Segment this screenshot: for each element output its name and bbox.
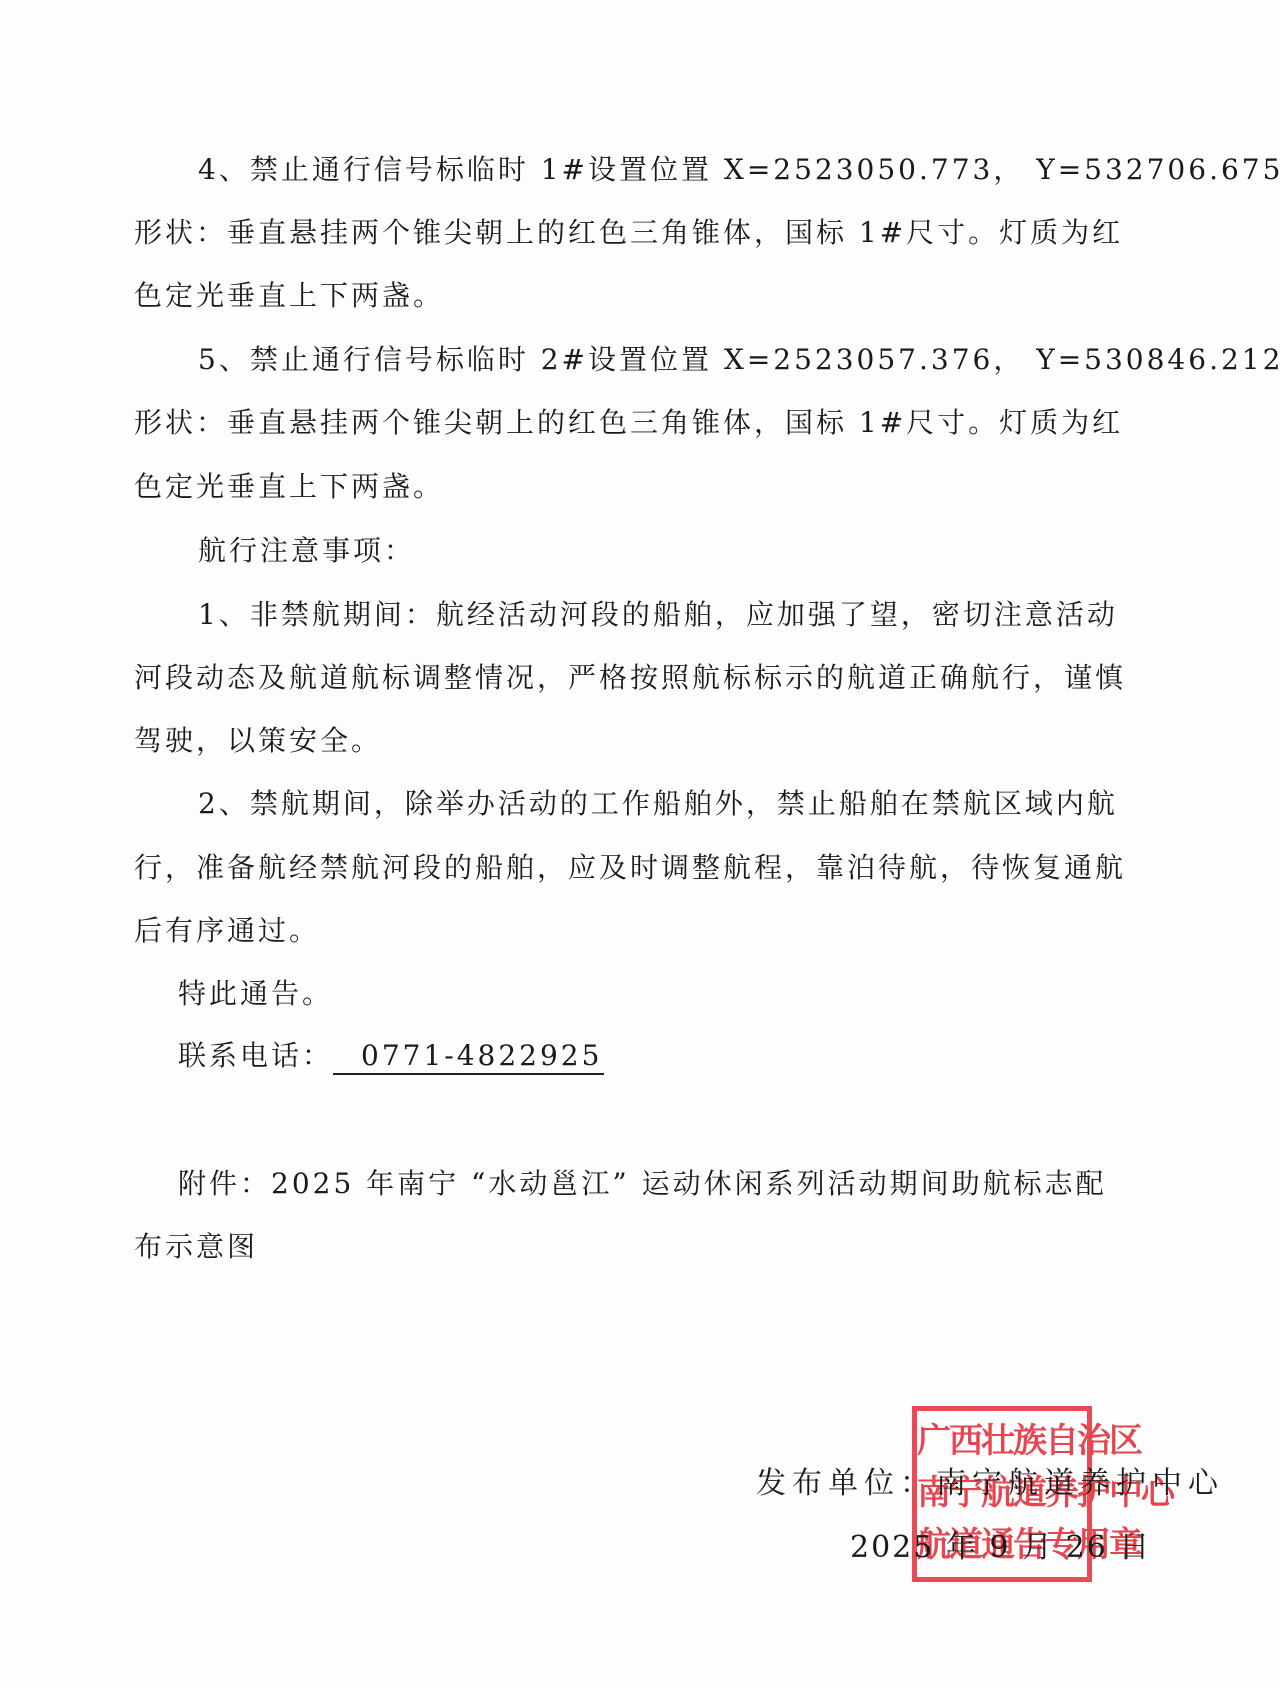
item-4-line-3: 色定光垂直上下两盏。 [134,276,444,316]
notice-2-line-1: 2、禁航期间，除举办活动的工作船舶外，禁止船舶在禁航区域内航 [198,784,1118,824]
document-page: 4、禁止通行信号标临时 1#设置位置 X=2523050.773， Y=5327… [0,0,1280,1687]
issuer-label: 发布单位： [756,1466,936,1501]
notice-1-line-1: 1、非禁航期间：航经活动河段的船舶，应加强了望，密切注意活动 [198,595,1118,635]
contact-row: 联系电话：0771-4822925 [178,1036,604,1076]
issuer-row: 发布单位：南宁航道养护中心 [756,1458,1224,1502]
notice-2-line-2: 行，准备航经禁航河段的船舶，应及时调整航程，靠泊待航，待恢复通航 [134,848,1126,888]
item-5-line-3: 色定光垂直上下两盏。 [134,467,444,507]
item-4-line-2: 形状：垂直悬挂两个锥尖朝上的红色三角锥体，国标 1#尺寸。灯质为红 [134,213,1123,253]
attachment-line-1: 附件：2025 年南宁 “水动邕江” 运动休闲系列活动期间助航标志配 [178,1164,1107,1204]
notice-1-line-2: 河段动态及航道航标调整情况，严格按照航标标示的航道正确航行，谨慎 [134,658,1126,698]
contact-phone: 0771-4822925 [333,1039,604,1075]
notice-2-line-3: 后有序通过。 [134,911,320,951]
notice-1-line-3: 驾驶，以策安全。 [134,721,382,761]
item-4-line-1: 4、禁止通行信号标临时 1#设置位置 X=2523050.773， Y=5327… [198,150,1280,190]
item-5-line-1: 5、禁止通行信号标临时 2#设置位置 X=2523057.376， Y=5308… [198,340,1280,380]
notice-heading: 航行注意事项： [198,531,415,571]
issue-date: 2025 年 9 月 26 日 [850,1522,1151,1566]
attachment-line-2: 布示意图 [134,1227,258,1267]
contact-label: 联系电话： [178,1039,333,1072]
closing-statement: 特此通告。 [178,974,333,1014]
issuer-name: 南宁航道养护中心 [936,1466,1224,1501]
item-5-line-2: 形状：垂直悬挂两个锥尖朝上的红色三角锥体，国标 1#尺寸。灯质为红 [134,403,1123,443]
